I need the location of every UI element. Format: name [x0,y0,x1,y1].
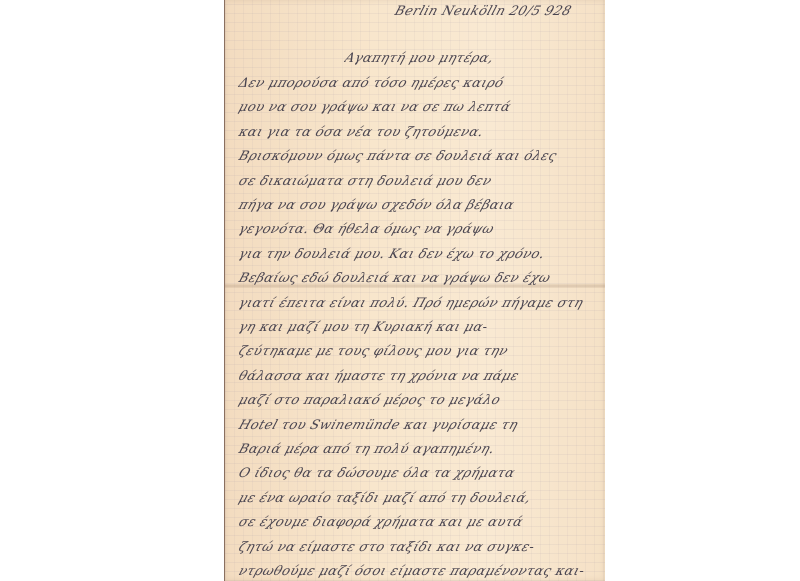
letter-line: ζητώ να είμαστε στο ταξίδι και να συγκε- [237,540,600,555]
letter-page: Berlin Neukölln 20/5 928 Αγαπητή μου μητ… [224,0,605,581]
letter-line: για την δουλειά μου. Και δεν έχω το χρόν… [237,247,600,262]
letter-line: Hotel του Swinemünde και γυρίσαμε τη [237,418,600,433]
letter-line: σε έχουμε διαφορά χρήματα και με αυτά [237,515,600,530]
place-date: Berlin Neukölln 20/5 928 [393,4,600,19]
letter-line: θάλασσα και ήμαστε τη χρόνια να πάμε [237,369,600,384]
letter-line: Ο ίδιος θα τα δώσουμε όλα τα χρήματα [237,466,600,481]
salutation: Αγαπητή μου μητέρα, [343,51,600,66]
letter-line: πήγα να σου γράψω σχεδόν όλα βέβαια [237,198,600,213]
letter-line: γη και μαζί μου τη Κυριακή και μα- [237,320,600,335]
letter-line: μου να σου γράψω και να σε πω λεπτά [237,100,600,115]
letter-line: ντρωθούμε μαζί όσοι είμαστε παραμένοντας… [237,564,600,579]
letter-line: Βεβαίως εδώ δουλειά και να γράψω δεν έχω [237,271,600,286]
letter-line: γιατί έπειτα είναι πολύ. Πρό ημερών πήγα… [237,296,600,311]
letter-line: Βρισκόμουν όμως πάντα σε δουλειά και όλε… [237,149,600,164]
letter-line: γεγονότα. Θα ήθελα όμως να γράψω [237,222,600,237]
letter-line: με ένα ωραίο ταξίδι μαζί από τη δουλειά, [237,491,600,506]
letter-line: Βαριά μέρα από τη πολύ αγαπημένη. [237,442,600,457]
letter-line: Δεν μπορούσα από τόσο ημέρες καιρό [237,76,600,91]
letter-line: μαζί στο παραλιακό μέρος το μεγάλο [237,393,600,408]
letter-line: σε δικαιώματα στη δουλειά μου δεν [237,174,600,189]
letter-line: ζεύτηκαμε με τους φίλους μου για την [237,344,600,359]
letter-line: και για τα όσα νέα του ζητούμενα. [237,125,600,140]
